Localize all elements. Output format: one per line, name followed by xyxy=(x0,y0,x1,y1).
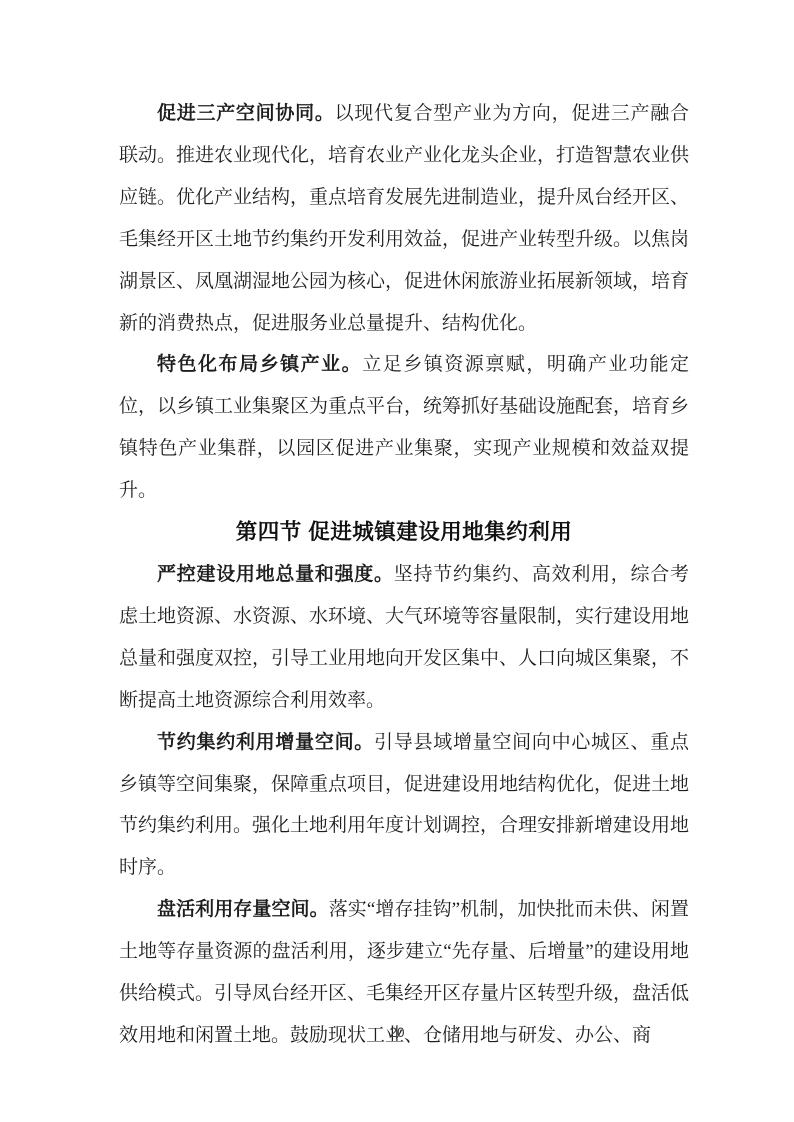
paragraph-text: 以现代复合型产业为方向，促进三产融合联动。推进农业现代化，培育农业产业化龙头企业… xyxy=(119,103,689,334)
paragraph-text: 坚持节约集约、高效利用，综合考虑土地资源、水资源、水环境、大气环境等容量限制，实… xyxy=(119,564,689,711)
page-footer: 20 xyxy=(0,1024,794,1042)
paragraph-lead: 特色化布局乡镇产业。 xyxy=(157,354,362,375)
paragraph-township-industry-layout: 特色化布局乡镇产业。立足乡镇资源禀赋，明确产业功能定位，以乡镇工业集聚区为重点平… xyxy=(119,344,689,512)
paragraph-text: 立足乡镇资源禀赋，明确产业功能定位，以乡镇工业集聚区为重点平台，统筹抓好基础设施… xyxy=(119,354,689,501)
paragraph-lead: 促进三产空间协同。 xyxy=(157,103,335,124)
paragraph-lead: 盘活利用存量空间。 xyxy=(157,899,329,920)
page-number: 20 xyxy=(389,1025,404,1040)
paragraph-lead: 严控建设用地总量和强度。 xyxy=(157,564,394,585)
paragraph-text: 引导县域增量空间向中心城区、重点乡镇等空间集聚，保障重点项目，促进建设用地结构优… xyxy=(119,732,689,879)
paragraph-control-construction-land-total: 严控建设用地总量和强度。坚持节约集约、高效利用，综合考虑土地资源、水资源、水环境… xyxy=(119,554,689,722)
section-heading: 第四节 促进城镇建设用地集约利用 xyxy=(119,512,689,554)
document-page: 促进三产空间协同。以现代复合型产业为方向，促进三产融合联动。推进农业现代化，培育… xyxy=(0,0,794,1122)
paragraph-promote-tertiary-industry-synergy: 促进三产空间协同。以现代复合型产业为方向，促进三产融合联动。推进农业现代化，培育… xyxy=(119,93,689,344)
paragraph-lead: 节约集约利用增量空间。 xyxy=(157,732,374,753)
paragraph-incremental-space-utilization: 节约集约利用增量空间。引导县域增量空间向中心城区、重点乡镇等空间集聚，保障重点项… xyxy=(119,722,689,890)
document-body: 促进三产空间协同。以现代复合型产业为方向，促进三产融合联动。推进农业现代化，培育… xyxy=(119,93,689,1057)
